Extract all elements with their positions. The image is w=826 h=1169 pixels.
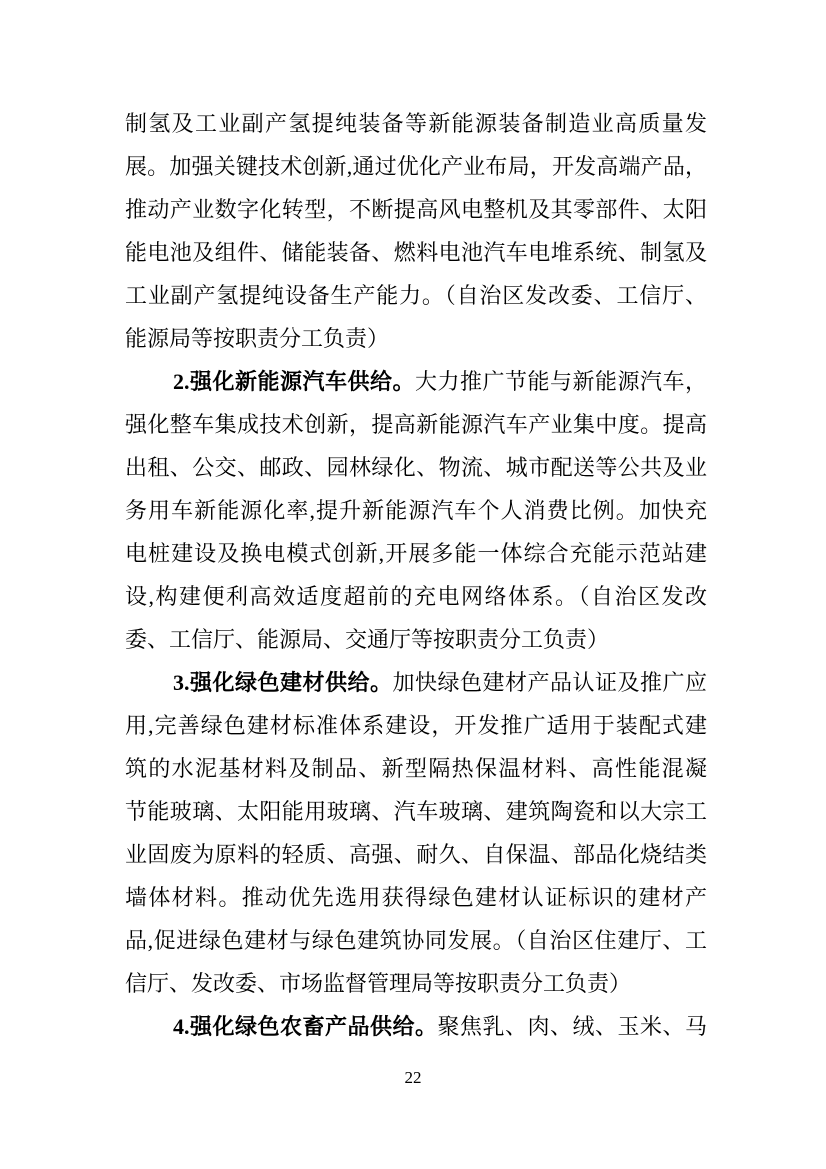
section-heading: 2.强化新能源汽车供给。 [173,369,415,394]
document-page: 制氢及工业副产氢提纯装备等新能源装备制造业高质量发 展。加强关键技术创新,通过优… [0,0,826,1169]
text-line: 务用车新能源化率,提升新能源汽车个人消费比例。加快充 [125,489,707,532]
text-line: 用,完善绿色建材标准体系建设，开发推广适用于装配式建 [125,704,707,747]
paragraph: 3.强化绿色建材供给。加快绿色建材产品认证及推广应 用,完善绿色建材标准体系建设… [125,661,707,1005]
text-line: 筑的水泥基材料及制品、新型隔热保温材料、高性能混凝土、 [125,747,707,790]
text-line: 工业副产氢提纯设备生产能力。（自治区发改委、工信厅、 [125,274,707,317]
section-heading-line: 2.强化新能源汽车供给。大力推广节能与新能源汽车， [125,360,707,403]
document-body: 制氢及工业副产氢提纯装备等新能源装备制造业高质量发 展。加强关键技术创新,通过优… [125,102,707,1048]
text-line: 品,促进绿色建材与绿色建筑协同发展。（自治区住建厅、工 [125,919,707,962]
page-number: 22 [405,1068,422,1087]
text-line: 电桩建设及换电模式创新,开展多能一体综合充能示范站建 [125,532,707,575]
text-line: 出租、公交、邮政、园林绿化、物流、城市配送等公共及业 [125,446,707,489]
text-line: 墙体材料。推动优先选用获得绿色建材认证标识的建材产 [125,876,707,919]
heading-line-rest: 大力推广节能与新能源汽车， [415,369,707,394]
text-line: 委、工信厅、能源局、交通厅等按职责分工负责） [125,618,707,661]
text-line: 信厅、发改委、市场监督管理局等按职责分工负责） [125,962,707,1005]
text-line: 推动产业数字化转型，不断提高风电整机及其零部件、太阳 [125,188,707,231]
heading-line-rest: 加快绿色建材产品认证及推广应 [393,670,707,695]
text-line: 节能玻璃、太阳能用玻璃、汽车玻璃、建筑陶瓷和以大宗工 [125,790,707,833]
section-heading: 4.强化绿色农畜产品供给。 [173,1014,437,1039]
paragraph: 4.强化绿色农畜产品供给。聚焦乳、肉、绒、玉米、马 [125,1005,707,1048]
text-line: 能源局等按职责分工负责） [125,317,707,360]
section-heading-line: 4.强化绿色农畜产品供给。聚焦乳、肉、绒、玉米、马 [125,1005,707,1048]
text-line: 制氢及工业副产氢提纯装备等新能源装备制造业高质量发 [125,102,707,145]
text-line: 能电池及组件、储能装备、燃料电池汽车电堆系统、制氢及 [125,231,707,274]
text-line: 设,构建便利高效适度超前的充电网络体系。（自治区发改 [125,575,707,618]
text-line: 强化整车集成技术创新，提高新能源汽车产业集中度。提高 [125,403,707,446]
section-heading-line: 3.强化绿色建材供给。加快绿色建材产品认证及推广应 [125,661,707,704]
section-heading: 3.强化绿色建材供给。 [173,670,393,695]
text-line: 展。加强关键技术创新,通过优化产业布局，开发高端产品， [125,145,707,188]
text-line: 业固废为原料的轻质、高强、耐久、自保温、部品化烧结类 [125,833,707,876]
heading-line-rest: 聚焦乳、肉、绒、玉米、马 [437,1014,707,1039]
paragraph: 制氢及工业副产氢提纯装备等新能源装备制造业高质量发 展。加强关键技术创新,通过优… [125,102,707,360]
page-footer: 22 [0,1066,826,1090]
paragraph: 2.强化新能源汽车供给。大力推广节能与新能源汽车， 强化整车集成技术创新，提高新… [125,360,707,661]
